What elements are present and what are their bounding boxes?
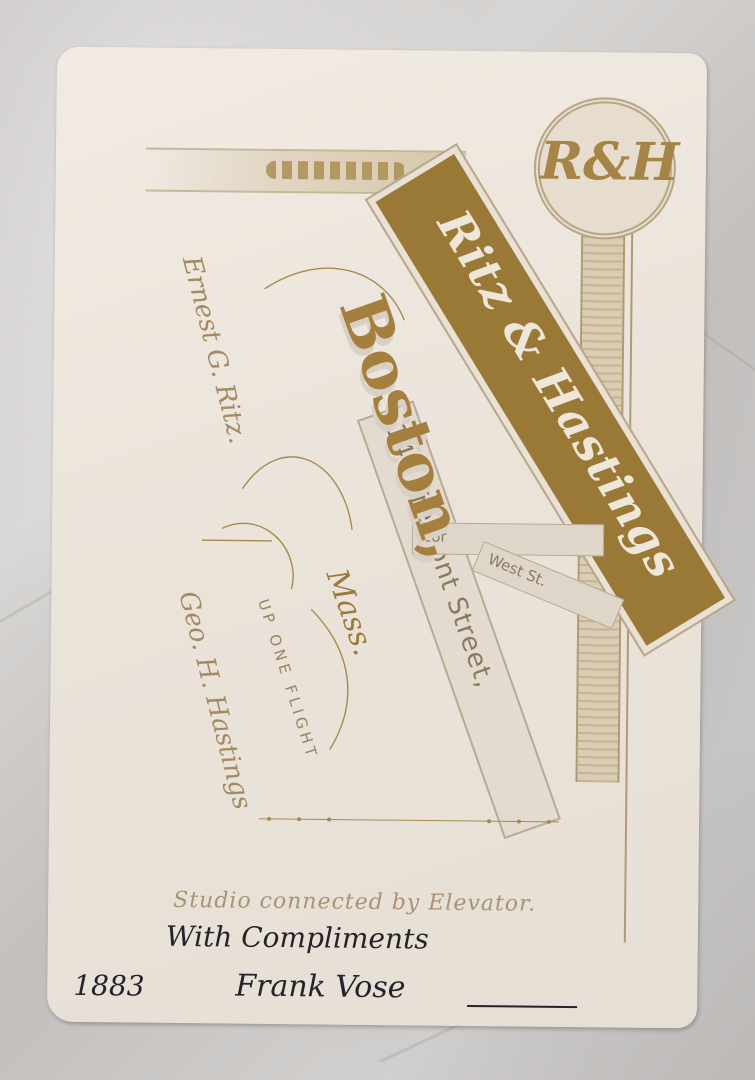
cabinet-card: R&H Ritz & Hastings 147 Tremont Street, … — [47, 47, 707, 1029]
monogram-seal: R&H — [533, 97, 676, 240]
ornament-icon — [266, 161, 406, 180]
dotted-rule-icon — [259, 809, 559, 832]
signature-underline — [467, 1005, 577, 1008]
monogram-text: R&H — [540, 131, 671, 193]
handwritten-compliments: With Compliments — [166, 920, 429, 956]
handwritten-signature: Frank Vose — [235, 969, 406, 1006]
flourish-ornament-icon — [199, 228, 465, 791]
cross-street: West St. — [485, 550, 549, 590]
handwritten-year: 1883 — [73, 969, 145, 1003]
footer-note: Studio connected by Elevator. — [173, 888, 536, 917]
